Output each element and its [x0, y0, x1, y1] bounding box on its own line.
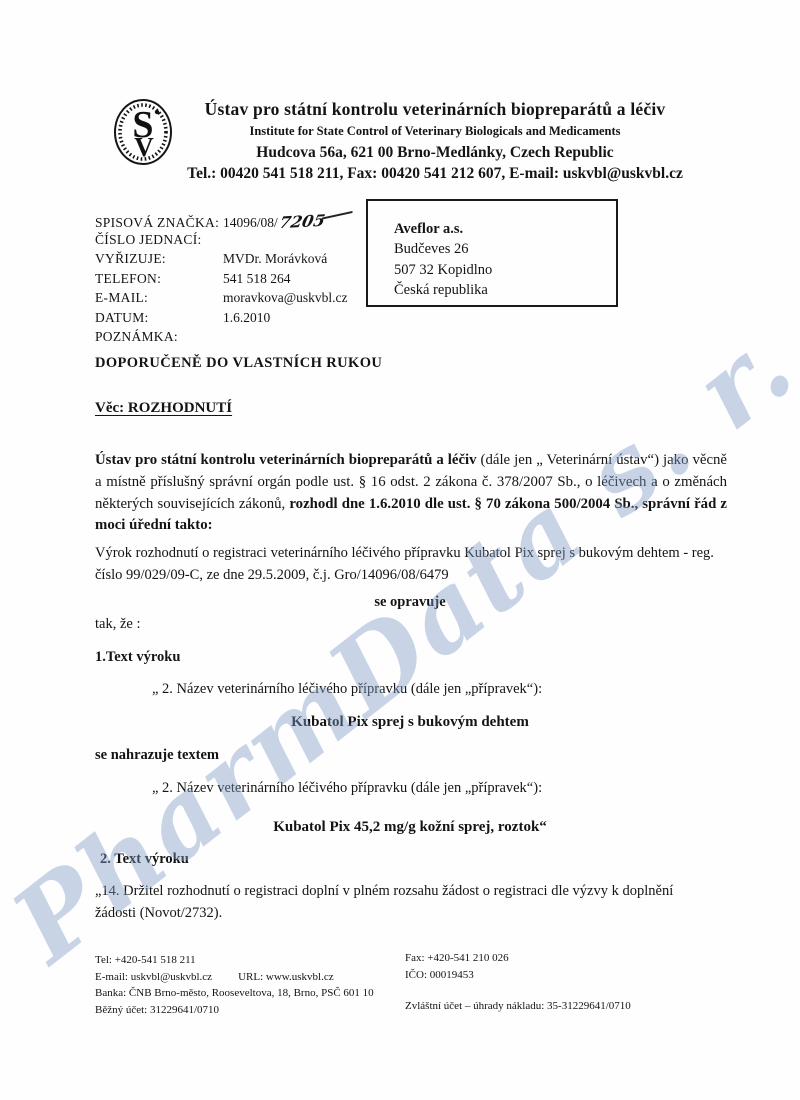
- reference-block: SPISOVÁ ZNAČKA: 14096/08/7205 ČÍSLO JEDN…: [95, 212, 348, 349]
- paragraph-decision-ref: Výrok rozhodnutí o registraci veterinárn…: [95, 543, 727, 587]
- ref-row-cislo-jednaci: ČÍSLO JEDNACÍ:: [95, 232, 348, 252]
- handwritten-number: 7205: [278, 211, 327, 232]
- ref-label: TELEFON:: [95, 271, 223, 287]
- org-address: Hudcova 56a, 621 00 Brno-Medlánky, Czech…: [115, 143, 755, 162]
- section1-quote: „ 2. Název veterinárního léčivého přípra…: [152, 681, 542, 698]
- footer-left-column: Tel: +420-541 518 211 E-mail: uskvbl@usk…: [95, 952, 374, 1019]
- ref-row-datum: DATUM: 1.6.2010: [95, 310, 348, 330]
- so-that-label: tak, že :: [95, 616, 141, 633]
- footer-bank: Banka: ČNB Brno-město, Rooseveltova, 18,…: [95, 985, 374, 1002]
- corrects-label: se opravuje: [95, 594, 725, 611]
- section1b-quote: „ 2. Název veterinárního léčivého přípra…: [152, 780, 542, 797]
- ref-label: ČÍSLO JEDNACÍ:: [95, 232, 223, 248]
- section2-text: „14. Držitel rozhodnutí o registraci dop…: [95, 881, 717, 925]
- footer-tel: Tel: +420-541 518 211: [95, 952, 374, 969]
- org-contact: Tel.: 00420 541 518 211, Fax: 00420 541 …: [115, 164, 755, 183]
- ref-value: 1.6.2010: [223, 310, 270, 326]
- paragraph-authority-bold1: Ústav pro státní kontrolu veterinárních …: [95, 452, 477, 468]
- ref-row-vyrizuje: VYŘIZUJE: MVDr. Morávková: [95, 251, 348, 271]
- recipient-country: Česká republika: [394, 280, 616, 300]
- ref-label: E-MAIL:: [95, 290, 223, 306]
- delivery-note: DOPORUČENĚ DO VLASTNÍCH RUKOU: [95, 355, 382, 372]
- scanned-document-page: S V Ústav pro státní kontrolu veterinárn…: [0, 0, 800, 1100]
- ref-label: POZNÁMKA:: [95, 329, 223, 345]
- section1-heading: 1.Text výroku: [95, 649, 180, 666]
- org-name-english: Institute for State Control of Veterinar…: [115, 124, 755, 140]
- ref-value: MVDr. Morávková: [223, 251, 327, 267]
- product-name-old: Kubatol Pix sprej s bukovým dehtem: [95, 714, 725, 731]
- subject-line: Věc: ROZHODNUTÍ: [95, 400, 232, 417]
- org-name-czech: Ústav pro státní kontrolu veterinárních …: [115, 99, 755, 121]
- paragraph-authority: Ústav pro státní kontrolu veterinárních …: [95, 450, 727, 537]
- ref-row-poznamka: POZNÁMKA:: [95, 329, 348, 349]
- product-name-new: Kubatol Pix 45,2 mg/g kožní sprej, rozto…: [95, 819, 725, 836]
- footer-account: Běžný účet: 31229641/0710: [95, 1002, 374, 1019]
- ref-row-telefon: TELEFON: 541 518 264: [95, 271, 348, 291]
- recipient-city: 507 32 Kopidlno: [394, 260, 616, 280]
- footer-ico: IČO: 00019453: [405, 967, 631, 984]
- ref-row-email: E-MAIL: moravkova@uskvbl.cz: [95, 290, 348, 310]
- ref-label: SPISOVÁ ZNAČKA:: [95, 215, 223, 231]
- ref-label: VYŘIZUJE:: [95, 251, 223, 267]
- letterhead: Ústav pro státní kontrolu veterinárních …: [115, 99, 755, 183]
- recipient-address-box: Aveflor a.s. Budčeves 26 507 32 Kopidlno…: [366, 199, 618, 307]
- section2-heading: 2. Text výroku: [100, 851, 189, 868]
- replaced-by-label: se nahrazuje textem: [95, 747, 219, 764]
- ref-row-spisova-znacka: SPISOVÁ ZNAČKA: 14096/08/7205: [95, 212, 348, 232]
- ref-value: 14096/08/7205: [223, 212, 324, 231]
- footer-email-url-row: E-mail: uskvbl@uskvbl.czURL: www.uskvbl.…: [95, 969, 374, 986]
- recipient-name: Aveflor a.s.: [394, 219, 616, 239]
- ref-value: moravkova@uskvbl.cz: [223, 290, 348, 306]
- footer-email: E-mail: uskvbl@uskvbl.cz: [95, 971, 212, 983]
- ref-label: DATUM:: [95, 310, 223, 326]
- footer-right-column: Fax: +420-541 210 026 IČO: 00019453 Zvlá…: [405, 950, 631, 1015]
- footer-fax: Fax: +420-541 210 026: [405, 950, 631, 967]
- ref-value: 541 518 264: [223, 271, 291, 287]
- recipient-street: Budčeves 26: [394, 239, 616, 259]
- footer-url: URL: www.uskvbl.cz: [238, 971, 334, 983]
- footer-special-account: Zvláštní účet – úhrady nákladu: 35-31229…: [405, 998, 631, 1015]
